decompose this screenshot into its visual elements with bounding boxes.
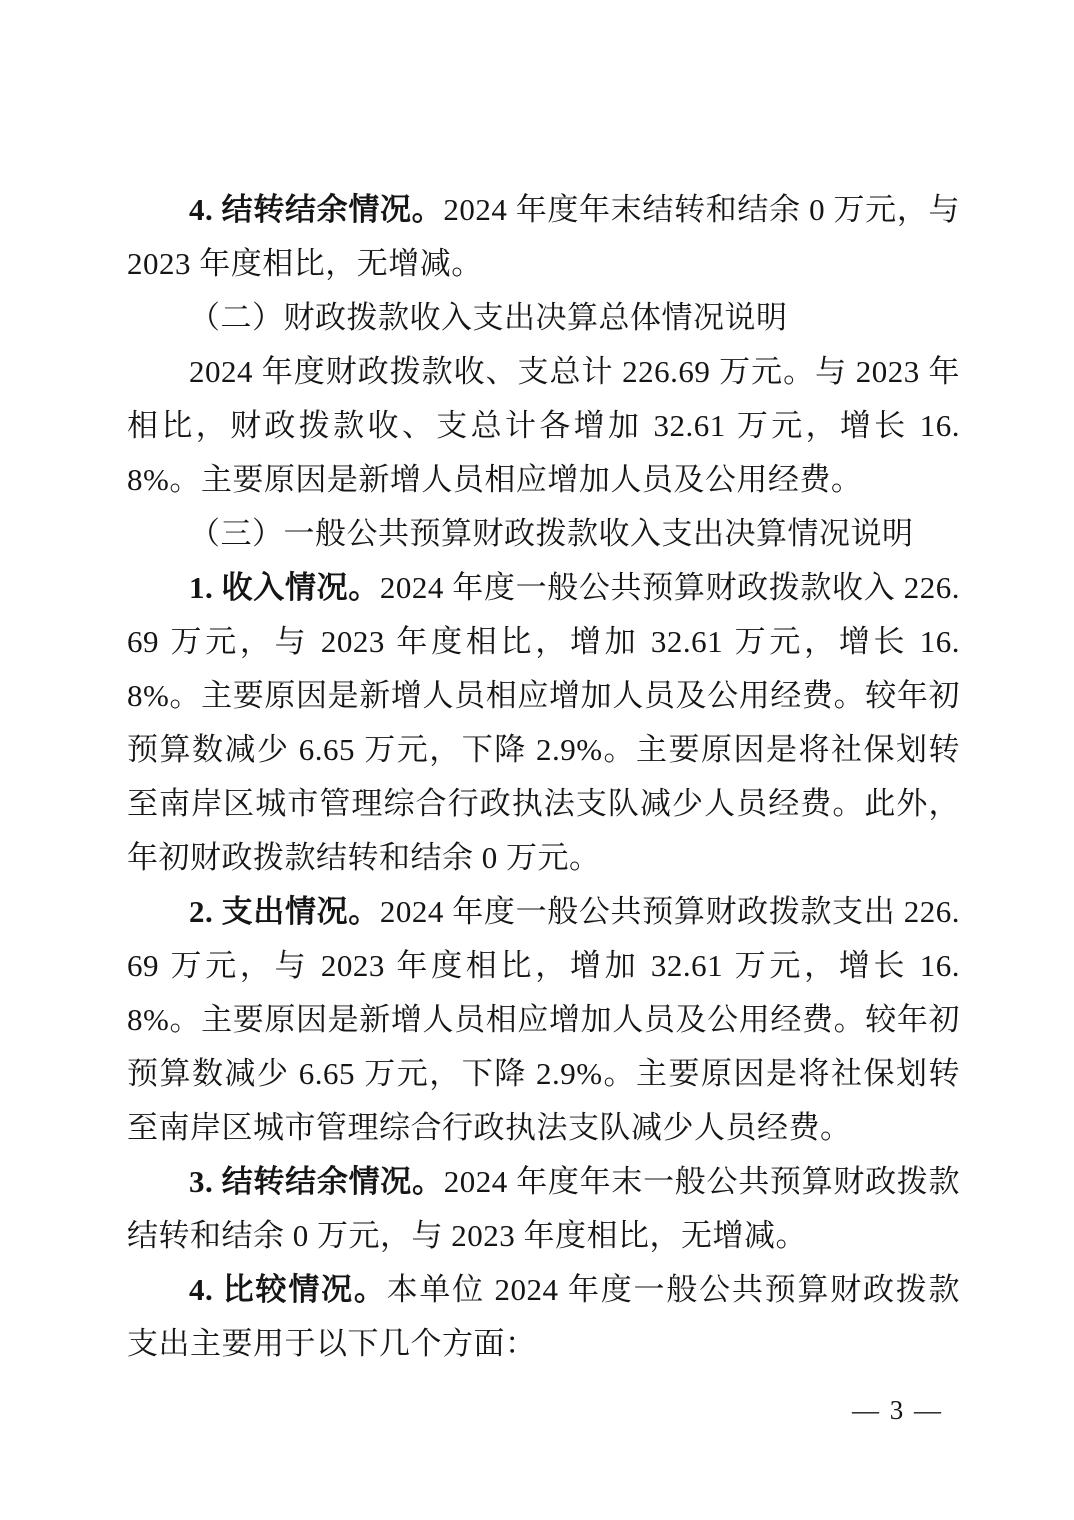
paragraph-carryover-overall: 4. 结转结余情况。2024 年度年末结转和结余 0 万元，与 2023 年度相… — [127, 183, 960, 291]
paragraph-carryover-budget: 3. 结转结余情况。2024 年度年末一般公共预算财政拨款结转和结余 0 万元，… — [127, 1155, 960, 1263]
paragraph-lead: 2. 支出情况。 — [189, 894, 380, 929]
document-body: 4. 结转结余情况。2024 年度年末结转和结余 0 万元，与 2023 年度相… — [127, 183, 960, 1371]
paragraph-income: 1. 收入情况。2024 年度一般公共预算财政拨款收入 226.69 万元，与 … — [127, 561, 960, 885]
heading-section-3: （三）一般公共预算财政拨款收入支出决算情况说明 — [127, 507, 960, 561]
heading-text: （二）财政拨款收入支出决算总体情况说明 — [189, 300, 788, 335]
paragraph-text: 2024 年度财政拨款收、支总计 226.69 万元。与 2023 年相比，财政… — [127, 354, 960, 497]
paragraph-fiscal-total: 2024 年度财政拨款收、支总计 226.69 万元。与 2023 年相比，财政… — [127, 345, 960, 507]
page-number: — 3 — — [852, 1394, 943, 1426]
paragraph-text: 2024 年度一般公共预算财政拨款收入 226.69 万元，与 2023 年度相… — [127, 570, 960, 875]
paragraph-lead: 4. 比较情况。 — [189, 1272, 387, 1307]
paragraph-text: 2024 年度一般公共预算财政拨款支出 226.69 万元，与 2023 年度相… — [127, 894, 960, 1145]
paragraph-lead: 4. 结转结余情况。 — [189, 192, 443, 227]
paragraph-lead: 3. 结转结余情况。 — [189, 1164, 444, 1199]
heading-section-2: （二）财政拨款收入支出决算总体情况说明 — [127, 291, 960, 345]
document-page: 4. 结转结余情况。2024 年度年末结转和结余 0 万元，与 2023 年度相… — [0, 0, 1074, 1520]
paragraph-lead: 1. 收入情况。 — [189, 570, 380, 605]
paragraph-comparison: 4. 比较情况。本单位 2024 年度一般公共预算财政拨款支出主要用于以下几个方… — [127, 1263, 960, 1371]
paragraph-expenditure: 2. 支出情况。2024 年度一般公共预算财政拨款支出 226.69 万元，与 … — [127, 885, 960, 1155]
heading-text: （三）一般公共预算财政拨款收入支出决算情况说明 — [189, 516, 914, 551]
